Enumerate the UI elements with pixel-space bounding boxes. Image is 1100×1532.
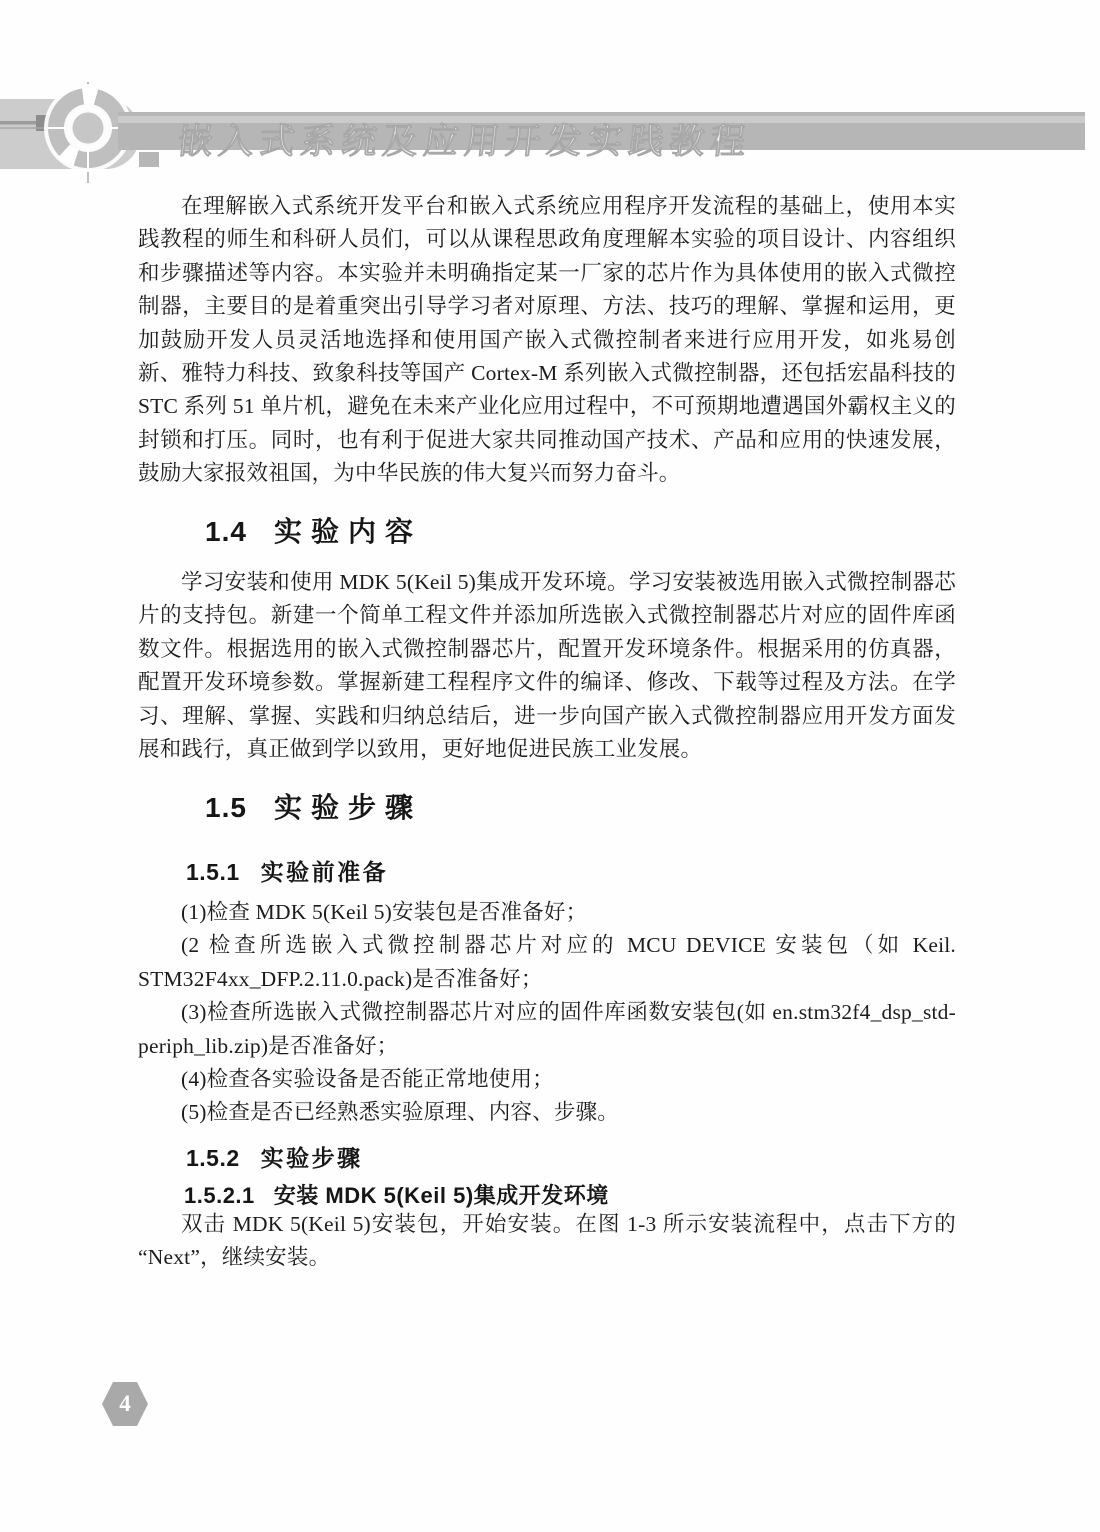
header-ornament: 嵌入式系统及应用开发实践教程 [0,82,1100,197]
intro-paragraph: 在理解嵌入式系统开发平台和嵌入式系统应用程序开发流程的基础上，使用本实践教程的师… [138,190,956,491]
header-title: 嵌入式系统及应用开发实践教程 [176,122,754,161]
section-1-5-2-1-heading: 1.5.2.1安装 MDK 5(Keil 5)集成开发环境 [184,1179,609,1210]
prep-item-2-line-2: STM32F4xx_DFP.2.11.0.pack)是否准备好； [138,963,956,996]
section-1-5-1-heading: 1.5.1实验前准备 [186,854,388,887]
prep-item-3-line-2: periph_lib.zip)是否准备好； [138,1030,956,1063]
section-title: 实验步骤 [274,792,422,823]
section-title: 安装 MDK 5(Keil 5)集成开发环境 [274,1183,609,1208]
page-number: 4 [119,1391,131,1417]
section-1-4-heading: 1.4实验内容 [205,510,422,550]
install-line-2: “Next”，继续安装。 [138,1241,956,1274]
section-number: 1.5.2.1 [184,1183,255,1208]
header-step-tab [139,152,159,167]
install-paragraph: 双击 MDK 5(Keil 5)安装包，开始安装。在图 1-3 所示安装流程中，… [138,1208,956,1275]
section-title: 实验前准备 [261,859,389,885]
book-page: 嵌入式系统及应用开发实践教程 在理解嵌入式系统开发平台和嵌入式系统应用程序开发流… [0,0,1100,1532]
prep-item-3-line-1: (3)检查所选嵌入式微控制器芯片对应的固件库函数安装包(如 en.stm32f4… [138,996,956,1029]
prep-checklist: (1)检查 MDK 5(Keil 5)安装包是否准备好； (2 检查所选嵌入式微… [138,896,956,1130]
prep-item-5: (5)检查是否已经熟悉实验原理、内容、步骤。 [138,1096,956,1129]
section-1-4-paragraph: 学习安装和使用 MDK 5(Keil 5)集成开发环境。学习安装被选用嵌入式微控… [138,566,956,766]
install-line-1: 双击 MDK 5(Keil 5)安装包，开始安装。在图 1-3 所示安装流程中，… [138,1208,956,1241]
section-title: 实验步骤 [261,1145,363,1171]
section-1-5-2-heading: 1.5.2实验步骤 [186,1140,363,1173]
header-leader-line-2 [0,127,34,129]
page-number-badge: 4 [102,1382,148,1426]
section-1-5-heading: 1.5实验步骤 [205,786,422,826]
section-title: 实验内容 [274,516,422,547]
section-number: 1.4 [205,516,247,547]
section-number: 1.5.2 [186,1145,240,1171]
section-number: 1.5.1 [186,859,240,885]
prep-item-2-line-1: (2 检查所选嵌入式微控制器芯片对应的 MCU DEVICE 安装包（如 Kei… [138,929,956,962]
prep-item-4: (4)检查各实验设备是否能正常地使用； [138,1063,956,1096]
section-number: 1.5 [205,792,247,823]
prep-item-1: (1)检查 MDK 5(Keil 5)安装包是否准备好； [138,896,956,929]
